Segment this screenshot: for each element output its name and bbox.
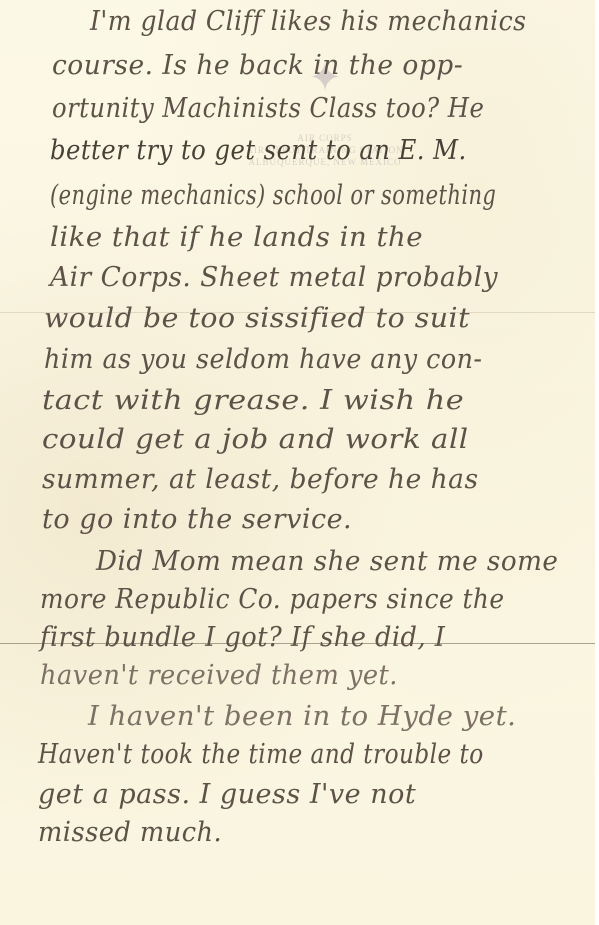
letter-line: summer, at least, before he has (42, 464, 479, 495)
letter-line: could get a job and work all (42, 424, 469, 455)
letter-line: Did Mom mean she sent me some (96, 546, 558, 577)
scan-edge (595, 0, 599, 925)
letter-line: Haven't took the time and trouble to (38, 739, 484, 770)
letter-line: haven't received them yet. (40, 660, 398, 691)
letter-line: better try to get sent to an E. M. (50, 135, 467, 166)
letter-line: tact with grease. I wish he (42, 385, 464, 416)
letter-line: I'm glad Cliff likes his mechanics (90, 6, 527, 37)
letter-line: ortunity Machinists Class too? He (52, 93, 484, 124)
letter-line: I haven't been in to Hyde yet. (88, 701, 516, 732)
letter-line: missed much. (38, 817, 222, 848)
letter-line: Air Corps. Sheet metal probably (50, 262, 498, 293)
letter-line: would be too sissified to suit (44, 303, 470, 334)
letter-line: him as you seldom have any con- (44, 344, 482, 375)
letter-line: more Republic Co. papers since the (40, 584, 505, 615)
letter-line: get a pass. I guess I've not (38, 779, 416, 810)
letter-line: first bundle I got? If she did, I (40, 622, 445, 653)
letter-line: like that if he lands in the (50, 222, 423, 253)
letter-line: course. Is he back in the opp- (52, 50, 463, 81)
letter-line: (engine mechanics) school or something (50, 180, 496, 211)
letter-page: ✦ AIR CORPS AIR DEPOT TRAINING STATION A… (0, 0, 599, 925)
letter-line: to go into the service. (42, 504, 352, 535)
